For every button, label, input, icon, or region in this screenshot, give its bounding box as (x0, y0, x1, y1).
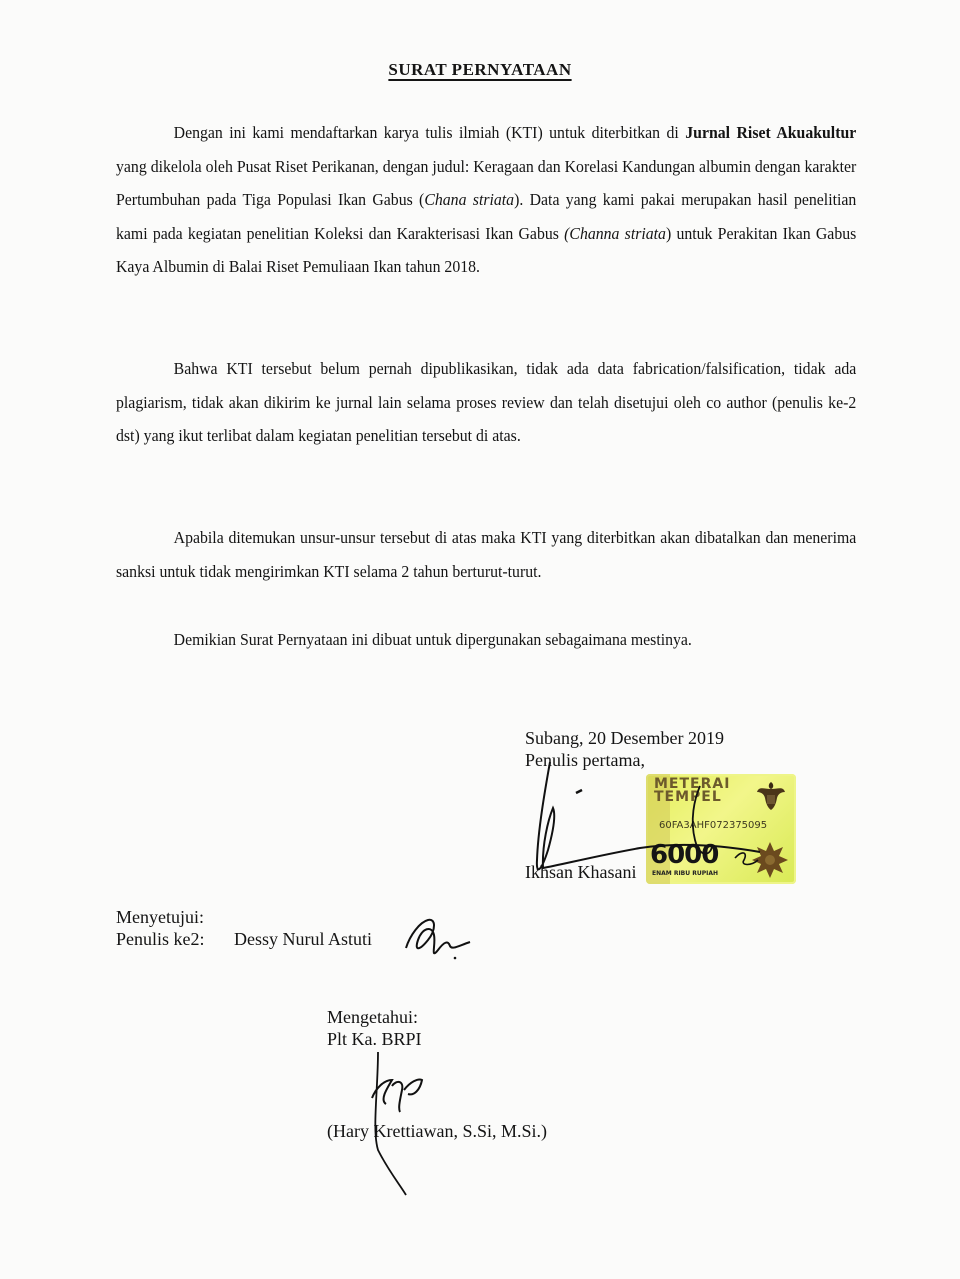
acknowledge-block: Mengetahui: Plt Ka. BRPI (327, 1006, 422, 1050)
head-name: (Hary Krettiawan, S.Si, M.Si.) (327, 1121, 547, 1142)
stamp-label: METERAI TEMPEL (654, 778, 730, 804)
stamp-value-words: ENAM RIBU RUPIAH (652, 870, 718, 877)
approval-heading: Menyetujui: (116, 906, 372, 928)
approval-block: Menyetujui: Penulis ke2: Dessy Nurul Ast… (116, 906, 372, 950)
garuda-emblem-icon (756, 780, 786, 814)
stamp-serial: 60FA3AHF072375095 (659, 820, 767, 831)
paragraph-sanction: Apabila ditemukan unsur-unsur tersebut d… (116, 521, 856, 588)
journal-name: Jurnal Riset Akuakultur (685, 123, 856, 142)
approval-label: Penulis ke2: (116, 928, 234, 950)
place-date: Subang, 20 Desember 2019 (525, 727, 724, 749)
species-name: Chana striata (424, 190, 514, 209)
paragraph-submission: Dengan ini kami mendaftarkan karya tulis… (116, 116, 856, 284)
revenue-stamp: METERAI TEMPEL 60FA3AHF072375095 6000 EN… (646, 774, 796, 884)
stamp-value: 6000 (650, 840, 718, 870)
paragraph-originality: Bahwa KTI tersebut belum pernah dipublik… (116, 352, 856, 453)
first-author-role: Penulis pertama, (525, 749, 724, 771)
second-author-name: Dessy Nurul Astuti (234, 928, 372, 950)
first-author-block: Subang, 20 Desember 2019 Penulis pertama… (525, 727, 724, 771)
document-title: SURAT PERNYATAAN (0, 60, 960, 80)
acknowledge-heading: Mengetahui: (327, 1006, 422, 1028)
paragraph-closing: Demikian Surat Pernyataan ini dibuat unt… (116, 623, 856, 657)
star-emblem-icon (750, 840, 790, 880)
first-author-name: Ikhsan Khasani (525, 861, 636, 883)
acknowledge-position: Plt Ka. BRPI (327, 1028, 422, 1050)
species-name: (Channa striata (564, 224, 666, 243)
